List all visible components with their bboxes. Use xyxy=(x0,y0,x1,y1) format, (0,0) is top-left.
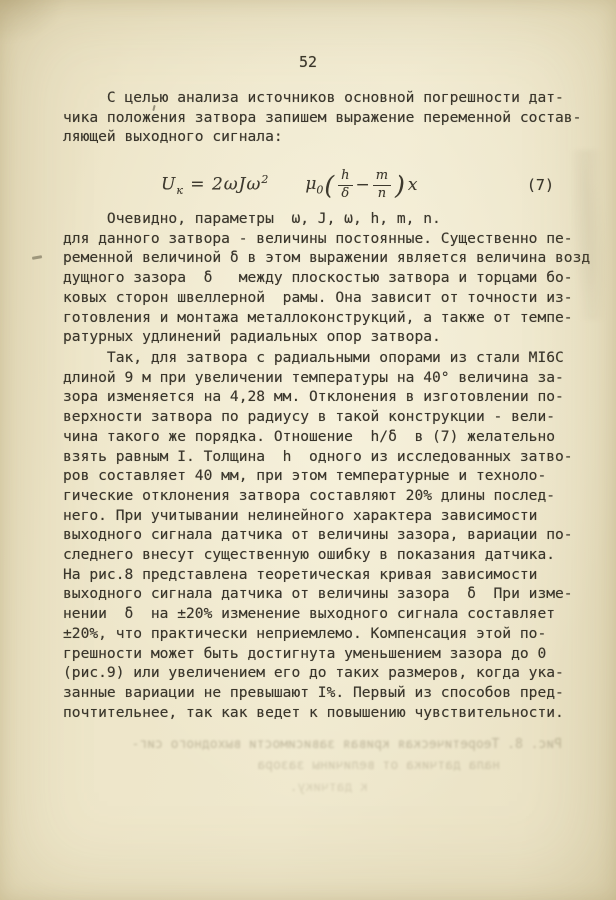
fraction-denominator-n: n xyxy=(378,186,386,202)
formula-mu-term: μ0 xyxy=(305,174,323,196)
formula-mu-sub-zero: 0 xyxy=(316,183,323,196)
equation-number: (7) xyxy=(527,176,554,194)
formula-right-side: μ0 ( hδ − mn ) x xyxy=(305,169,417,202)
fraction-numerator-h: h xyxy=(338,169,352,186)
bleed-through-line: к датчику. xyxy=(248,780,368,796)
paragraph-intro: С целью анализа источников основной погр… xyxy=(63,88,581,147)
open-paren: ( xyxy=(323,173,335,198)
formula-rhs-coefficients: = 2ωJω xyxy=(184,175,261,195)
fraction-numerator-m: m xyxy=(373,169,391,186)
fraction-denominator-delta: δ xyxy=(341,186,349,202)
paragraph-analysis: Так, для затвора с радиальными опорами и… xyxy=(63,348,573,722)
ink-mark xyxy=(32,255,42,259)
paper-stain xyxy=(0,0,70,46)
formula-7: Uк = 2ωJω2 μ0 ( hδ − mn ) x (7) xyxy=(63,162,578,208)
fraction-m-over-n: mn xyxy=(373,169,391,202)
paragraph-parameters: Очевидно, параметры ω, J, ω, h, m, n. дл… xyxy=(63,209,590,347)
page-number: 52 xyxy=(0,52,616,72)
bleed-through-line: Рис. 8. Теоретическая кривая зависимости… xyxy=(92,737,562,753)
scanned-document-page: 52 С целью анализа источников основной п… xyxy=(0,0,616,900)
formula-left-side: Uк = 2ωJω2 xyxy=(161,173,269,197)
close-paren: ) xyxy=(394,173,406,198)
bleed-through-line: нала датчика от величины зазора xyxy=(140,758,500,774)
fraction-h-over-delta: hδ xyxy=(338,169,352,202)
formula-var-x: x xyxy=(408,175,418,195)
formula-omega-exponent: 2 xyxy=(261,173,269,186)
formula-var-u: U xyxy=(161,175,176,195)
minus-sign: − xyxy=(356,175,370,195)
formula-var-mu: μ xyxy=(305,174,316,194)
formula-sub-k: к xyxy=(176,184,184,197)
